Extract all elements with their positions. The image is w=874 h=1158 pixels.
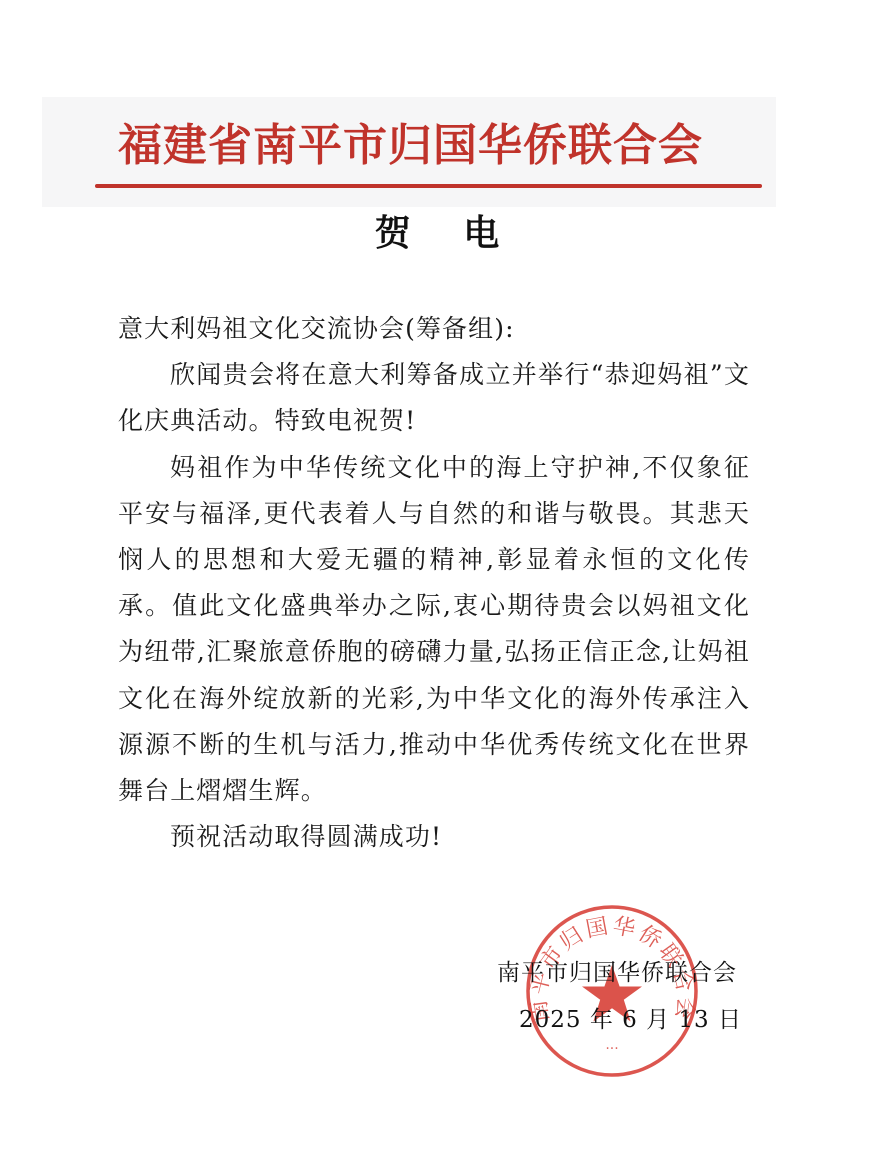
signature-block: 南平市归国华侨联合会 2025 年 6 月 13 日 xyxy=(497,953,742,1040)
letter-body: 意大利妈祖文化交流协会(筹备组): 欣闻贵会将在意大利筹备成立并举行“恭迎妈祖”… xyxy=(118,306,750,860)
signature-organization: 南平市归国华侨联合会 xyxy=(497,960,737,986)
signature-date: 2025 年 6 月 13 日 xyxy=(497,1000,742,1040)
letterhead-divider xyxy=(95,184,762,188)
paragraph: 妈祖作为中华传统文化中的海上守护神,不仅象征平安与福泽,更代表着人与自然的和谐与… xyxy=(118,445,750,815)
salutation: 意大利妈祖文化交流协会(筹备组): xyxy=(118,306,750,352)
paragraph: 欣闻贵会将在意大利筹备成立并举行“恭迎妈祖”文化庆典活动。特致电祝贺! xyxy=(118,352,750,444)
document-title: 贺 电 xyxy=(0,208,874,258)
letterhead-organization: 福建省南平市归国华侨联合会 xyxy=(118,116,768,176)
paragraph: 预祝活动取得圆满成功! xyxy=(118,814,750,860)
svg-text:···: ··· xyxy=(605,1041,618,1057)
